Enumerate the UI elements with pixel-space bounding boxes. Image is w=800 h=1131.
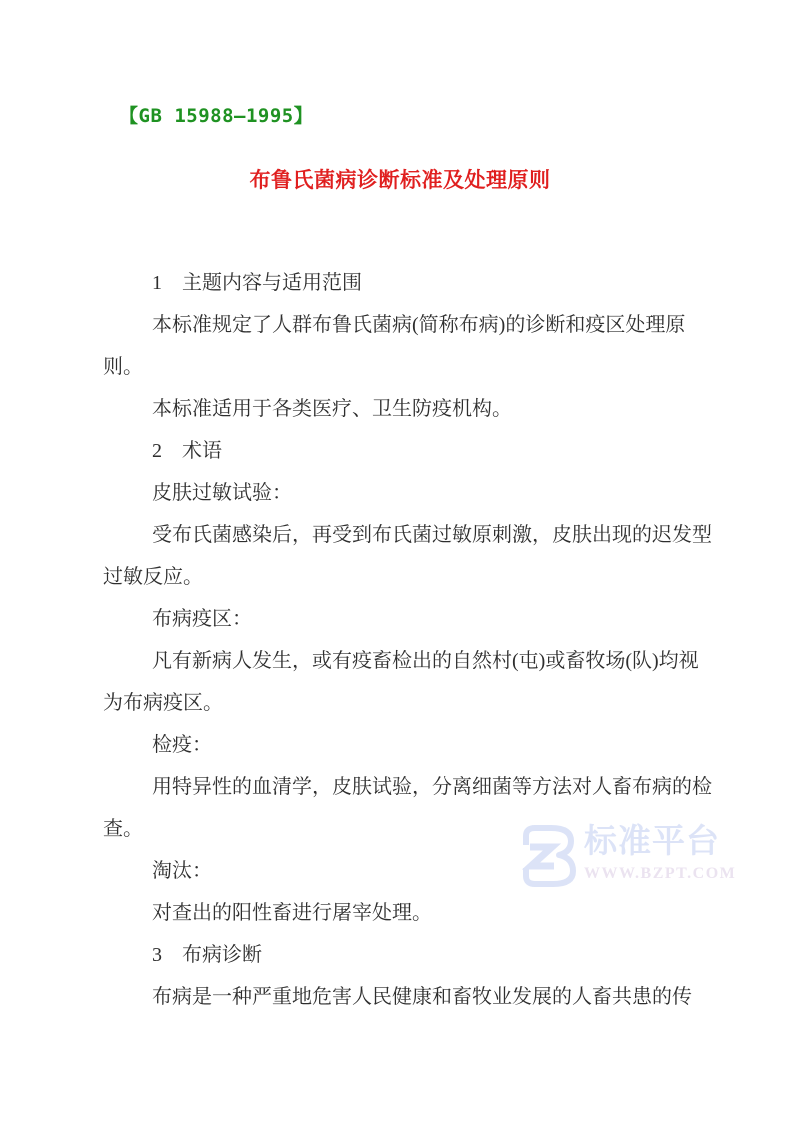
body-line: 检疫： — [103, 724, 713, 766]
document-page: 【GB 15988—1995】 布鲁氏菌病诊断标准及处理原则 1 主题内容与适用… — [0, 0, 800, 1131]
body-line: 3 布病诊断 — [103, 934, 713, 976]
standard-code: 【GB 15988—1995】 — [119, 101, 313, 128]
body-line: 1 主题内容与适用范围 — [103, 262, 713, 304]
body-line: 受布氏菌感染后，再受到布氏菌过敏原刺激，皮肤出现的迟发型 — [103, 514, 713, 556]
body-line: 本标准适用于各类医疗、卫生防疫机构。 — [103, 388, 713, 430]
body-line: 皮肤过敏试验： — [103, 472, 713, 514]
body-line: 2 术语 — [103, 430, 713, 472]
document-body: 1 主题内容与适用范围本标准规定了人群布鲁氏菌病(简称布病)的诊断和疫区处理原则… — [103, 262, 713, 1018]
body-line: 过敏反应。 — [103, 556, 713, 598]
body-line: 本标准规定了人群布鲁氏菌病(简称布病)的诊断和疫区处理原 — [103, 304, 713, 346]
body-line: 布病是一种严重地危害人民健康和畜牧业发展的人畜共患的传 — [103, 976, 713, 1018]
body-line: 布病疫区： — [103, 598, 713, 640]
body-line: 凡有新病人发生，或有疫畜检出的自然村(屯)或畜牧场(队)均视 — [103, 640, 713, 682]
body-line: 淘汰： — [103, 850, 713, 892]
body-line: 用特异性的血清学，皮肤试验，分离细菌等方法对人畜布病的检 — [103, 766, 713, 808]
body-line: 查。 — [103, 808, 713, 850]
body-line: 则。 — [103, 346, 713, 388]
body-line: 对查出的阳性畜进行屠宰处理。 — [103, 892, 713, 934]
document-title: 布鲁氏菌病诊断标准及处理原则 — [0, 164, 800, 194]
body-line: 为布病疫区。 — [103, 682, 713, 724]
